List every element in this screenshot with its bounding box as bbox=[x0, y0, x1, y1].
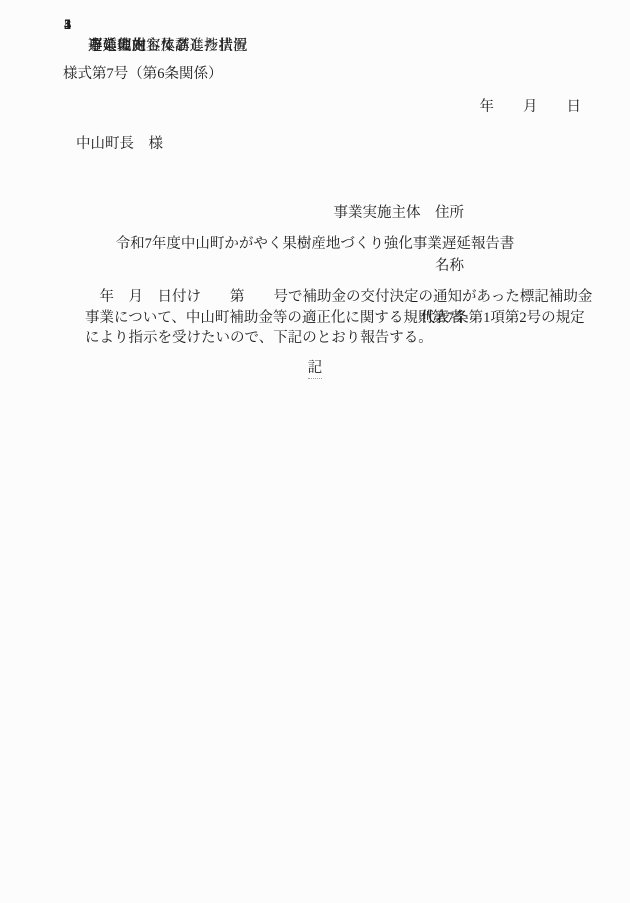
body-line-2: 事業について、中山町補助金等の適正化に関する規則第7条第1項第2号の規定 bbox=[85, 308, 590, 329]
delay-report-document-page: 様式第7号（第6条関係） 年 月 日 中山町長 様 事業実施主体 住所 名称 代… bbox=[0, 0, 630, 903]
form-number: 様式第7号（第6条関係） bbox=[63, 62, 223, 83]
body-paragraph: 年 月 日付け 第 号で補助金の交付決定の通知があった標記補助金 事業について、… bbox=[85, 287, 590, 349]
ki-marker: 記 bbox=[308, 356, 323, 379]
body-line-3: により指示を受けたいので、下記のとおり報告する。 bbox=[85, 328, 590, 349]
entity-line-address: 事業実施主体 住所 bbox=[334, 205, 465, 223]
addressee-mayor: 中山町長 様 bbox=[76, 132, 163, 153]
entity-line-name: 名称 bbox=[334, 258, 465, 276]
list-item-5-number: 5 bbox=[64, 17, 71, 34]
date-line: 年 月 日 bbox=[480, 95, 582, 116]
list-item-5-label: その他 bbox=[88, 34, 132, 55]
ki-marker-row: 記 bbox=[0, 356, 630, 379]
list-item-5: 5 その他 bbox=[0, 0, 630, 20]
document-title: 令和7年度中山町かがやく果樹産地づくり強化事業遅延報告書 bbox=[0, 232, 630, 253]
body-line-1: 年 月 日付け 第 号で補助金の交付決定の通知があった標記補助金 bbox=[85, 287, 590, 308]
